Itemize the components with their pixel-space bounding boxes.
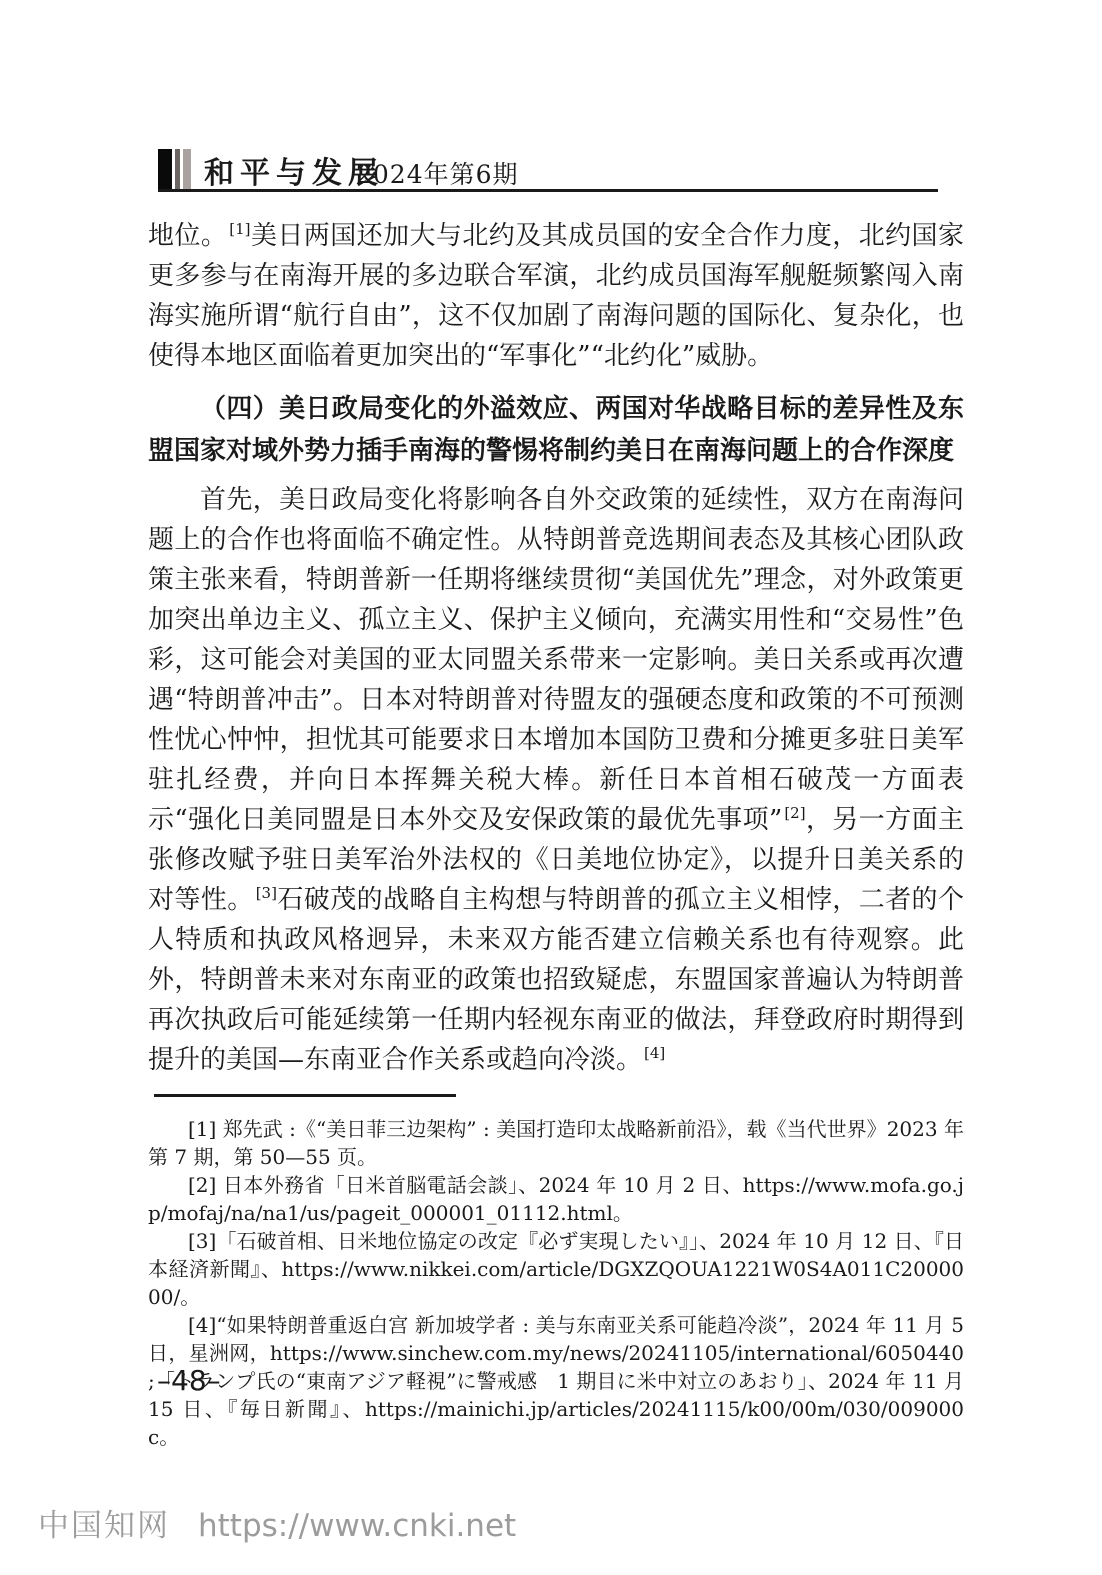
cnki-brand-text: 中国知网	[38, 1500, 170, 1545]
journal-page: 和平与发展 2024年第6期 地位。[1]美日两国还加大与北约及其成员国的安全合…	[0, 0, 1102, 1575]
section-heading: （四）美日政局变化的外溢效应、两国对华战略目标的差异性及东盟国家对域外势力插手南…	[148, 388, 964, 472]
footnotes-block: [1] 郑先武 :《“美日菲三边架构” : 美国打造印太战略新前沿》，载《当代世…	[148, 1115, 964, 1451]
footnote-ref: [4]	[644, 1044, 665, 1062]
footnote-item: [1] 郑先武 :《“美日菲三边架构” : 美国打造印太战略新前沿》，载《当代世…	[148, 1115, 964, 1171]
footnote-item: [3]「石破首相、日米地位協定の改定『必ず実現したい』」、2024 年 10 月…	[148, 1227, 964, 1311]
footnote-item: [4]“如果特朗普重返白宫 新加坡学者 : 美与东南亚关系可能趋冷淡”，2024…	[148, 1311, 964, 1451]
header-rule	[158, 189, 938, 192]
page-number: –48–	[157, 1364, 221, 1397]
header-bar-light-gray	[183, 149, 191, 189]
footnote-ref: [2]	[784, 804, 805, 822]
header-bar-black	[158, 149, 172, 189]
journal-issue: 2024年第6期	[356, 155, 519, 191]
paragraph-main: 首先，美日政局变化将影响各自外交政策的延续性，双方在南海问题上的合作也将面临不确…	[148, 480, 964, 1080]
header-bar-dark-gray	[175, 149, 180, 189]
cnki-watermark: 中国知网 https://www.cnki.net	[38, 1500, 516, 1545]
header-decoration-bars	[158, 149, 191, 189]
footnote-separator-rule	[154, 1094, 456, 1097]
article-content: 地位。[1]美日两国还加大与北约及其成员国的安全合作力度，北约国家更多参与在南海…	[148, 216, 964, 1451]
cnki-url-text: https://www.cnki.net	[198, 1508, 516, 1544]
footnote-item: [2] 日本外務省「日米首脳電話会談」、2024 年 10 月 2 日、http…	[148, 1171, 964, 1227]
footnote-ref: [1]	[229, 220, 250, 238]
paragraph-continuation: 地位。[1]美日两国还加大与北约及其成员国的安全合作力度，北约国家更多参与在南海…	[148, 216, 964, 376]
footnote-ref: [3]	[256, 884, 277, 902]
